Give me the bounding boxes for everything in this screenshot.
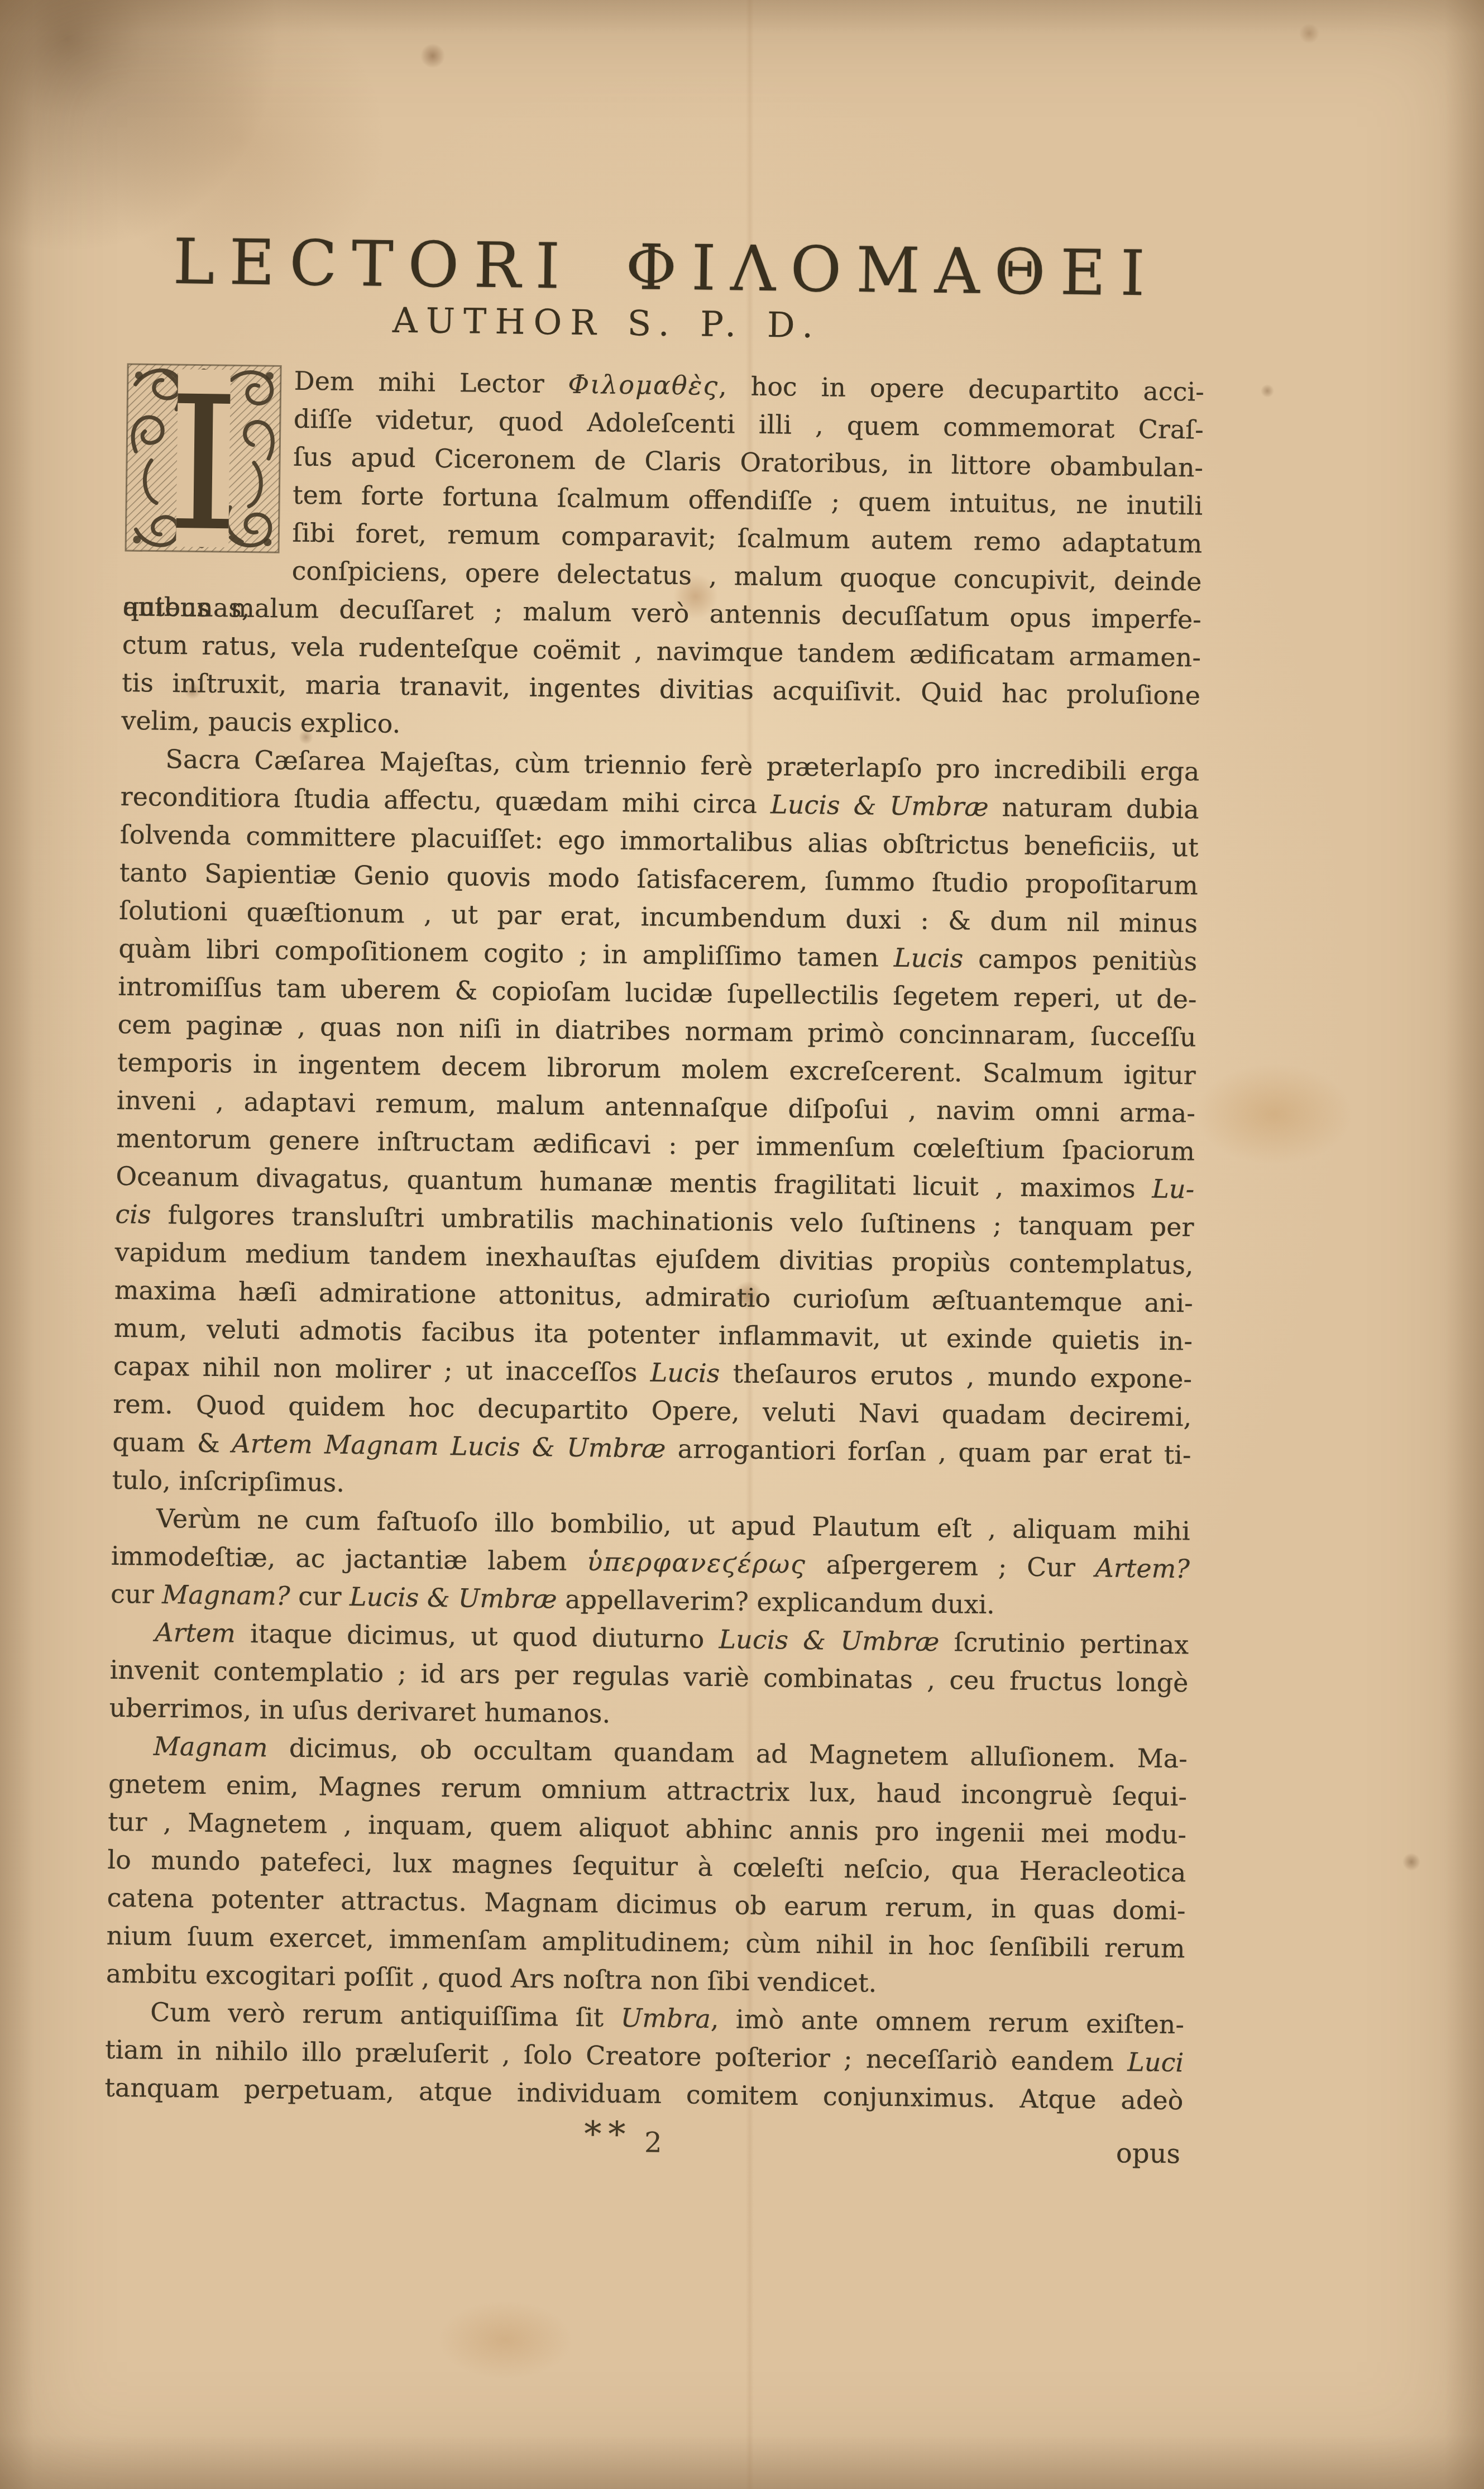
greek-text: ὑπερφανεϛέρως	[587, 1546, 806, 1579]
signature-mark: **2	[584, 2113, 663, 2155]
scanned-book-page: { "colors": { "paper": "#ddc29e", "ink":…	[0, 0, 1484, 2489]
paragraph: Cum verò rerum antiquiſſima ſit Umbra, i…	[104, 1993, 1184, 2120]
paragraph: I Dem mihi Lector Φιλομαθὲς, hoc in oper…	[121, 360, 1204, 753]
body-text: I Dem mihi Lector Φιλομαθὲς, hoc in oper…	[104, 360, 1204, 2119]
signature-number: 2	[644, 2127, 663, 2159]
text-block: LECTORI ΦΙΛΟΜΑΘΕΙ AUTHOR S. P. D.	[103, 233, 1206, 2203]
greek-text: Φιλομαθὲς	[568, 369, 719, 401]
page-subtitle: AUTHOR S. P. D.	[126, 302, 1088, 345]
drop-cap-letter: I	[165, 362, 241, 555]
drop-cap-ornament-icon: I	[123, 362, 283, 555]
paper-background: LECTORI ΦΙΛΟΜΑΘΕΙ AUTHOR S. P. D.	[0, 0, 1484, 2489]
paragraph: Artem itaque dicimus, ut quod diuturno L…	[109, 1613, 1189, 1740]
catchword: opus	[1116, 2138, 1181, 2170]
paragraph: Sacra Cæſarea Majeſtas, cùm triennio fer…	[112, 739, 1199, 1512]
signature-stars: **	[584, 2113, 633, 2154]
paragraph: Verùm ne cum faſtuoſo illo bombilio, ut …	[111, 1499, 1190, 1626]
footer-row: **2 opus	[103, 2106, 1183, 2204]
paragraph: Magnam dicimus, ob occultam quandam ad M…	[106, 1727, 1188, 2006]
page-title: LECTORI ΦΙΛΟΜΑΘΕΙ	[127, 233, 1206, 303]
